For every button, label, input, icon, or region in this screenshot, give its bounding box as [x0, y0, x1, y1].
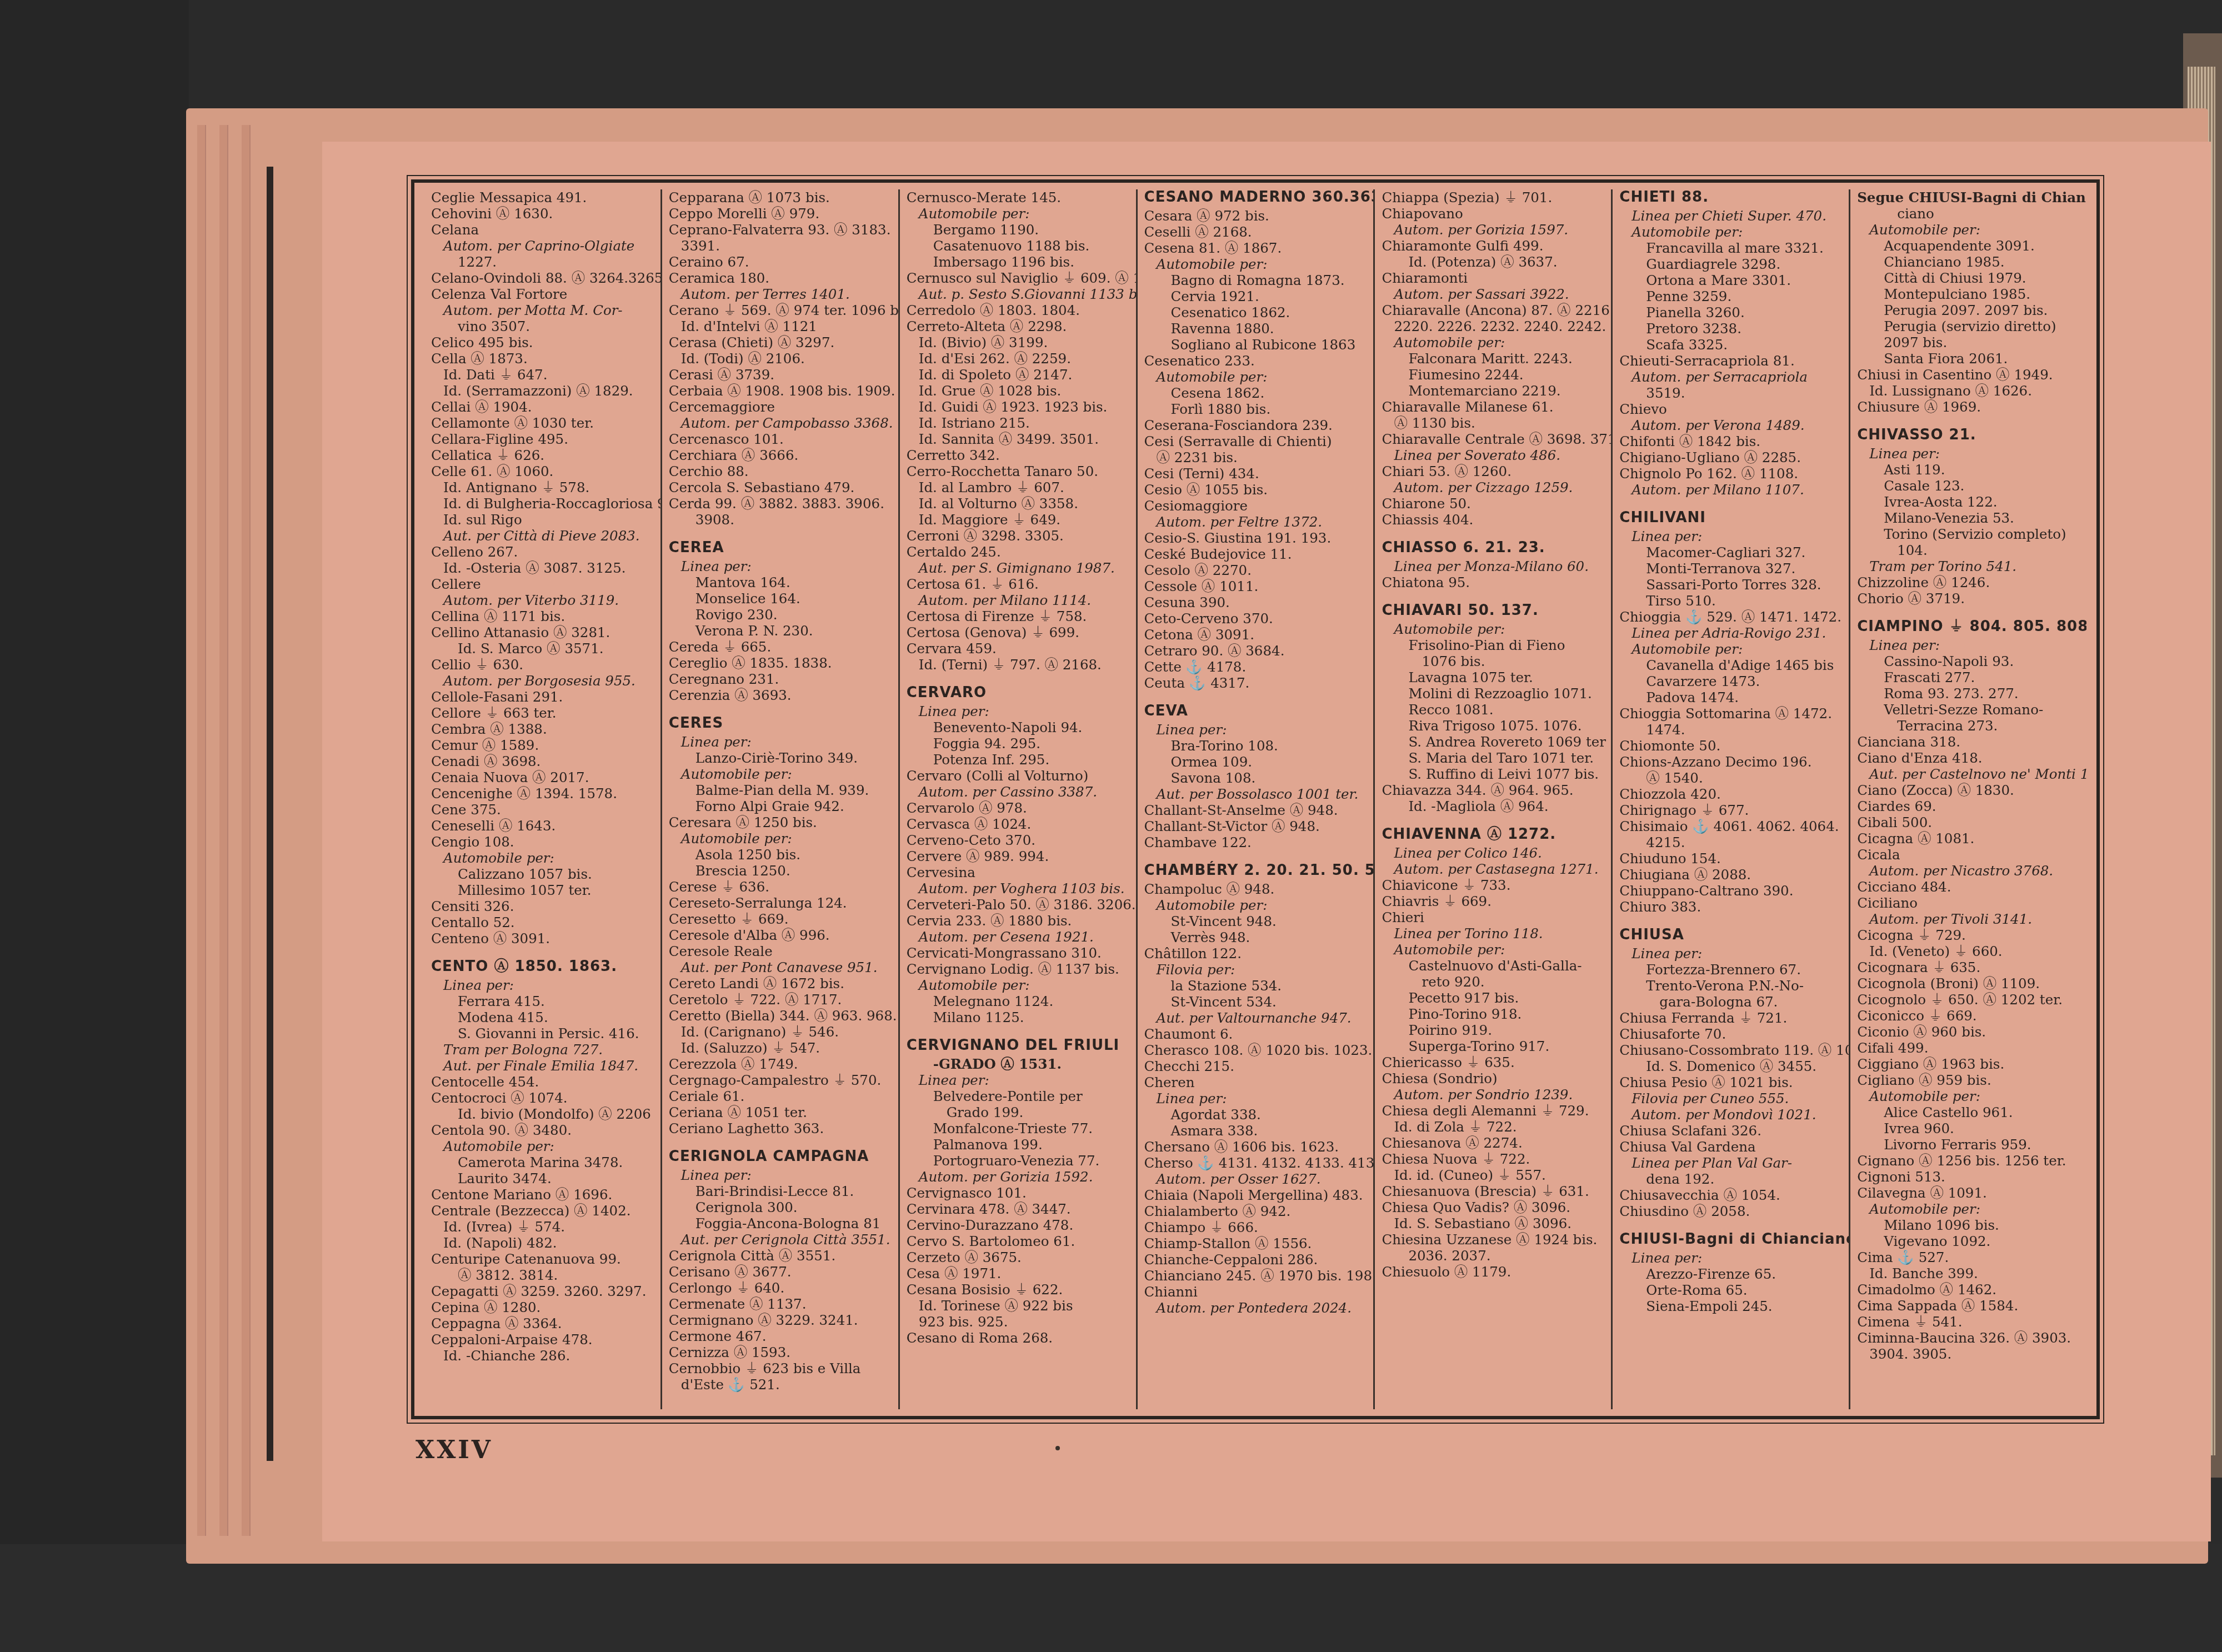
connection-line: S. Maria del Taro 1071 ter.: [1382, 750, 1607, 766]
connection-line: Autom. per Milano 1114.: [907, 592, 1132, 608]
station-entry: Cerchiara Ⓐ 3666.: [669, 447, 894, 463]
connection-line: Cerignola 300.: [669, 1199, 894, 1215]
connection-line: S. Giovanni in Persic. 416.: [431, 1025, 656, 1042]
station-entry: Cette ⚓ 4178.: [1144, 659, 1369, 675]
connection-line: Bagno di Romagna 1873.: [1144, 272, 1369, 288]
station-entry: Chambave 122.: [1144, 834, 1369, 850]
station-entry: Chieuti-Serracapriola 81.: [1619, 353, 1844, 369]
connection-line: Ⓐ 1130 bis.: [1382, 415, 1607, 431]
index-column-1: Ceglie Messapica 491.Cehovini Ⓐ 1630.Cel…: [424, 189, 662, 1409]
connection-line: Penne 3259.: [1619, 288, 1844, 304]
connection-line: Modena 415.: [431, 1009, 656, 1025]
station-entry: Ceprano-Falvaterra 93. Ⓐ 3183.: [669, 222, 894, 238]
station-entry: Cibali 500.: [1857, 814, 2082, 830]
station-heading: CERVARO: [907, 685, 1132, 701]
connection-line: Id. Lussignano Ⓐ 1626.: [1857, 383, 2082, 399]
station-entry: Cicciano 484.: [1857, 879, 2082, 895]
connection-line: Id. (Saluzzo) ⏚ 547.: [669, 1040, 894, 1056]
station-entry: Centocelle 454.: [431, 1074, 656, 1090]
connection-line: 1076 bis.: [1382, 653, 1607, 669]
connection-line: Poirino 919.: [1382, 1022, 1607, 1038]
station-entry: Celenza Val Fortore: [431, 286, 656, 302]
station-entry: Chiaravalle (Ancona) 87. Ⓐ 2216: [1382, 302, 1607, 318]
connection-line: Linea per:: [1619, 945, 1844, 962]
connection-line: Benevento-Napoli 94.: [907, 719, 1132, 735]
station-entry: Chiesanova Ⓐ 2274.: [1382, 1135, 1607, 1151]
connection-line: Ivrea-Aosta 122.: [1857, 494, 2082, 510]
station-entry: Cherasco 108. Ⓐ 1020 bis. 1023.: [1144, 1042, 1369, 1058]
station-entry: Cerano ⏚ 569. Ⓐ 974 ter. 1096 bis.: [669, 302, 894, 318]
connection-line: Autom. per Serracapriola: [1619, 369, 1844, 385]
station-entry: Chiarone 50.: [1382, 495, 1607, 512]
connection-line: Automobile per:: [669, 766, 894, 782]
station-entry: Ceské Budejovice 11.: [1144, 546, 1369, 562]
station-entry: Cesana Bosisio ⏚ 622.: [907, 1281, 1132, 1298]
connection-line: Cassino-Napoli 93.: [1857, 653, 2082, 669]
connection-line: Id. (Ivrea) ⏚ 574.: [431, 1219, 656, 1235]
connection-line: Milano 1096 bis.: [1857, 1217, 2082, 1233]
station-entry: Cehovini Ⓐ 1630.: [431, 206, 656, 222]
station-entry: Cellere: [431, 576, 656, 592]
connection-line: Aut. p. Sesto S.Giovanni 1133 bis: [907, 286, 1132, 302]
station-entry: Chiusure Ⓐ 1969.: [1857, 399, 2082, 415]
connection-line: 2097 bis.: [1857, 334, 2082, 351]
connection-line: Id. Grue Ⓐ 1028 bis.: [907, 383, 1132, 399]
connection-line: Mantova 164.: [669, 574, 894, 590]
connection-line: Autom. per Caprino-Olgiate: [431, 238, 656, 254]
station-entry: Cervinara 478. Ⓐ 3447.: [907, 1201, 1132, 1217]
station-entry: Cimadolmo Ⓐ 1462.: [1857, 1281, 2082, 1298]
connection-line: Pianella 3260.: [1619, 304, 1844, 321]
station-entry: Cellai Ⓐ 1904.: [431, 399, 656, 415]
station-entry: Cereto Landi Ⓐ 1672 bis.: [669, 975, 894, 992]
station-entry: Cereda ⏚ 665.: [669, 639, 894, 655]
connection-line: Sogliano al Rubicone 1863: [1144, 337, 1369, 353]
station-entry: Cergnago-Campalestro ⏚ 570.: [669, 1072, 894, 1088]
station-entry: Centrale (Bezzecca) Ⓐ 1402.: [431, 1203, 656, 1219]
connection-line: Fiumesino 2244.: [1382, 367, 1607, 383]
connection-line: Asti 119.: [1857, 462, 2082, 478]
connection-line: Id. Maggiore ⏚ 649.: [907, 512, 1132, 528]
connection-line: Linea per:: [1144, 1090, 1369, 1107]
station-entry: Cerezzola Ⓐ 1749.: [669, 1056, 894, 1072]
connection-line: Id. S. Marco Ⓐ 3571.: [431, 640, 656, 657]
connection-line: d'Este ⚓ 521.: [669, 1376, 894, 1393]
connection-line: Linea per:: [1857, 445, 2082, 462]
index-column-6: CHIETI 88.Linea per Chieti Super. 470.Au…: [1613, 189, 1850, 1409]
connection-line: Bergamo 1190.: [907, 222, 1132, 238]
station-entry: Cerroni Ⓐ 3298. 3305.: [907, 528, 1132, 544]
connection-line: -GRADO Ⓐ 1531.: [907, 1056, 1132, 1072]
connection-line: Ivrea 960.: [1857, 1120, 2082, 1137]
station-entry: Cervignano Lodig. Ⓐ 1137 bis.: [907, 961, 1132, 977]
station-entry: Chiusdino Ⓐ 2058.: [1619, 1203, 1844, 1219]
station-entry: Cerchio 88.: [669, 463, 894, 479]
connection-line: Potenza Inf. 295.: [907, 752, 1132, 768]
station-entry: Chiampo ⏚ 666.: [1144, 1219, 1369, 1235]
station-entry: Cerveteri-Palo 50. Ⓐ 3186. 3206.: [907, 897, 1132, 913]
connection-line: Monselice 164.: [669, 590, 894, 607]
station-entry: Cellore ⏚ 663 ter.: [431, 705, 656, 721]
station-entry: Cesenatico 233.: [1144, 353, 1369, 369]
connection-line: Verrès 948.: [1144, 929, 1369, 945]
connection-line: Melegnano 1124.: [907, 993, 1132, 1009]
connection-line: S. Ruffino di Leivi 1077 bis.: [1382, 766, 1607, 782]
station-entry: Cesio Ⓐ 1055 bis.: [1144, 482, 1369, 498]
station-entry: Cernobbio ⏚ 623 bis e Villa: [669, 1360, 894, 1376]
index-column-4: CESANO MADERNO 360.363Cesara Ⓐ 972 bis.C…: [1138, 189, 1375, 1409]
connection-line: Id. S. Sebastiano Ⓐ 3096.: [1382, 1215, 1607, 1232]
connection-line: Autom. per Milano 1107.: [1619, 482, 1844, 498]
station-entry: Ceraino 67.: [669, 254, 894, 270]
connection-line: Velletri-Sezze Romano-: [1857, 702, 2082, 718]
connection-line: Linea per Colico 146.: [1382, 845, 1607, 861]
connection-line: Linea per:: [669, 1167, 894, 1183]
connection-line: Perugia 2097. 2097 bis.: [1857, 302, 2082, 318]
connection-line: Cesenatico 1862.: [1144, 304, 1369, 321]
connection-line: Belvedere-Pontile per: [907, 1088, 1132, 1104]
station-entry: Cermenate Ⓐ 1137.: [669, 1296, 894, 1312]
station-heading: CHIAVARI 50. 137.: [1382, 603, 1607, 619]
connection-line: Id. Banche 399.: [1857, 1265, 2082, 1281]
index-columns: Ceglie Messapica 491.Cehovini Ⓐ 1630.Cel…: [424, 189, 2086, 1409]
connection-line: vino 3507.: [431, 318, 656, 334]
connection-line: Id. (Napoli) 482.: [431, 1235, 656, 1251]
station-entry: Cesano di Roma 268.: [907, 1330, 1132, 1346]
station-entry: Ceriano Laghetto 363.: [669, 1120, 894, 1137]
connection-line: Linea per Soverato 486.: [1382, 447, 1607, 463]
station-heading: CHIASSO 6. 21. 23.: [1382, 540, 1607, 556]
connection-line: Autom. per Motta M. Cor-: [431, 302, 656, 318]
station-entry: Cetraro 90. Ⓐ 3684.: [1144, 643, 1369, 659]
connection-line: Vigevano 1092.: [1857, 1233, 2082, 1249]
station-heading: CHIUSA: [1619, 927, 1844, 943]
station-entry: Chiamp-Stallon Ⓐ 1556.: [1144, 1235, 1369, 1251]
connection-line: Id. al Lambro ⏚ 607.: [907, 479, 1132, 495]
station-entry: Cereseto-Serralunga 124.: [669, 895, 894, 911]
station-heading: CERIGNOLA CAMPAGNA: [669, 1149, 894, 1165]
station-heading: CHIAVENNA Ⓐ 1272.: [1382, 827, 1607, 843]
connection-line: Roma 93. 273. 277.: [1857, 685, 2082, 702]
connection-line: 3908.: [669, 512, 894, 528]
station-entry: Ceresole Reale: [669, 943, 894, 959]
station-entry: Cervara 459.: [907, 640, 1132, 657]
connection-line: Ⓐ 3812. 3814.: [431, 1267, 656, 1283]
station-entry: Cesi (Serravalle di Chienti): [1144, 433, 1369, 449]
station-entry: Chiusi in Casentino Ⓐ 1949.: [1857, 367, 2082, 383]
station-entry: Cellole-Fasani 291.: [431, 689, 656, 705]
station-entry: Cetona Ⓐ 3091.: [1144, 627, 1369, 643]
connection-line: Aut. per Valtournanche 947.: [1144, 1010, 1369, 1026]
station-entry: Cervino-Durazzano 478.: [907, 1217, 1132, 1233]
connection-line: Santa Fiora 2061.: [1857, 351, 2082, 367]
station-entry: Chioggia Sottomarina Ⓐ 1472.: [1619, 705, 1844, 722]
station-entry: Cherso ⚓ 4131. 4132. 4133. 4136.: [1144, 1155, 1369, 1171]
connection-line: Id. di Zola ⏚ 722.: [1382, 1119, 1607, 1135]
station-entry: Cella Ⓐ 1873.: [431, 351, 656, 367]
connection-line: Castelnuovo d'Asti-Galla-: [1382, 958, 1607, 974]
connection-line: Trento-Verona P.N.-No-: [1619, 978, 1844, 994]
station-entry: Ceregnano 231.: [669, 671, 894, 687]
connection-line: Linea per Plan Val Gar-: [1619, 1155, 1844, 1171]
connection-line: ciano: [1857, 206, 2082, 222]
connection-line: Id. Sannita Ⓐ 3499. 3501.: [907, 431, 1132, 447]
station-entry: Ceglie Messapica 491.: [431, 189, 656, 206]
station-entry: Ceriale 61.: [669, 1088, 894, 1104]
connection-line: Ferrara 415.: [431, 993, 656, 1009]
connection-line: Pecetto 917 bis.: [1382, 990, 1607, 1006]
connection-line: Linea per:: [1857, 637, 2082, 653]
station-entry: Cepagatti Ⓐ 3259. 3260. 3297.: [431, 1283, 656, 1299]
station-entry: Cimena ⏚ 541.: [1857, 1314, 2082, 1330]
connection-line: Autom. per Pontedera 2024.: [1144, 1300, 1369, 1316]
connection-line: Autom. per Nicastro 3768.: [1857, 863, 2082, 879]
station-entry: Chiapovano: [1382, 206, 1607, 222]
station-entry: Cesara Ⓐ 972 bis.: [1144, 208, 1369, 224]
connection-line: 1227.: [431, 254, 656, 270]
station-entry: Centone Mariano Ⓐ 1696.: [431, 1187, 656, 1203]
connection-line: Id. -Osteria Ⓐ 3087. 3125.: [431, 560, 656, 576]
station-entry: Chiozzola 420.: [1619, 786, 1844, 802]
connection-line: Orte-Roma 65.: [1619, 1282, 1844, 1298]
station-entry: Ceselli Ⓐ 2168.: [1144, 224, 1369, 240]
station-heading: CERVIGNANO DEL FRIULI: [907, 1038, 1132, 1054]
connection-line: Linea per:: [1619, 528, 1844, 544]
connection-line: Automobile per:: [907, 977, 1132, 993]
station-entry: Cicognolo ⏚ 650. Ⓐ 1202 ter.: [1857, 992, 2082, 1008]
connection-line: Id. -Chianche 286.: [431, 1348, 656, 1364]
connection-line: Balme-Pian della M. 939.: [669, 782, 894, 798]
station-entry: Cermignano Ⓐ 3229. 3241.: [669, 1312, 894, 1328]
station-entry: Cesio-S. Giustina 191. 193.: [1144, 530, 1369, 546]
station-entry: Cercemaggiore: [669, 399, 894, 415]
connection-line: Forno Alpi Graie 942.: [669, 798, 894, 814]
connection-line: Calizzano 1057 bis.: [431, 866, 656, 882]
connection-line: Autom. per Castasegna 1271.: [1382, 861, 1607, 877]
station-entry: Celle 61. Ⓐ 1060.: [431, 463, 656, 479]
connection-line: 3904. 3905.: [1857, 1346, 2082, 1362]
station-entry: Chialamberto Ⓐ 942.: [1144, 1203, 1369, 1219]
connection-line: Automobile per:: [1144, 369, 1369, 385]
connection-line: Ortona a Mare 3301.: [1619, 272, 1844, 288]
connection-line: Automobile per:: [1857, 1201, 2082, 1217]
station-entry: Chiesa Quo Vadis? Ⓐ 3096.: [1382, 1199, 1607, 1215]
station-entry: Ceppo Morelli Ⓐ 979.: [669, 206, 894, 222]
station-heading: CHAMBÉRY 2. 20. 21. 50. 59.: [1144, 863, 1369, 879]
station-entry: Cenadi Ⓐ 3698.: [431, 753, 656, 769]
connection-line: Id. Dati ⏚ 647.: [431, 367, 656, 383]
connection-line: Aut. per Castelnovo ne' Monti 1749.: [1857, 766, 2082, 782]
ink-dot: [1055, 1446, 1060, 1450]
background-top: [0, 0, 2222, 122]
connection-line: Automobile per:: [1857, 222, 2082, 238]
station-entry: Cervasca Ⓐ 1024.: [907, 816, 1132, 832]
connection-line: Casale 123.: [1857, 478, 2082, 494]
station-entry: Celico 495 bis.: [431, 334, 656, 351]
station-entry: Cenaia Nuova Ⓐ 2017.: [431, 769, 656, 785]
index-column-2: Cepparana Ⓐ 1073 bis.Ceppo Morelli Ⓐ 979…: [662, 189, 900, 1409]
connection-line: Arezzo-Firenze 65.: [1619, 1266, 1844, 1282]
page-edge: [219, 125, 228, 1536]
connection-line: Sassari-Porto Torres 328.: [1619, 577, 1844, 593]
connection-line: Imbersago 1196 bis.: [907, 254, 1132, 270]
connection-line: Autom. per Gorizia 1592.: [907, 1169, 1132, 1185]
station-entry: Centola 90. Ⓐ 3480.: [431, 1122, 656, 1138]
connection-line: Alice Castello 961.: [1857, 1104, 2082, 1120]
station-entry: Cerlongo ⏚ 640.: [669, 1280, 894, 1296]
connection-line: Livorno Ferraris 959.: [1857, 1137, 2082, 1153]
connection-line: Automobile per:: [431, 850, 656, 866]
connection-line: Filovia per Cuneo 555.: [1619, 1090, 1844, 1107]
station-entry: Chiericasso ⏚ 635.: [1382, 1054, 1607, 1070]
station-heading: CIAMPINO ⏚ 804. 805. 808.: [1857, 619, 2082, 635]
station-entry: Centocroci Ⓐ 1074.: [431, 1090, 656, 1106]
station-entry: Chiaramonti: [1382, 270, 1607, 286]
page-number: XXIV: [416, 1436, 493, 1464]
station-entry: Chiari 53. Ⓐ 1260.: [1382, 463, 1607, 479]
connection-line: Ormea 109.: [1144, 754, 1369, 770]
station-entry: Cerredolo Ⓐ 1803. 1804.: [907, 302, 1132, 318]
station-entry: Ciminna-Baucina 326. Ⓐ 3903.: [1857, 1330, 2082, 1346]
station-entry: Cesiomaggiore: [1144, 498, 1369, 514]
station-entry: Cerasa (Chieti) Ⓐ 3297.: [669, 334, 894, 351]
connection-line: Aut. per Pont Canavese 951.: [669, 959, 894, 975]
station-heading: CHIETI 88.: [1619, 189, 1844, 206]
connection-line: Linea per Torino 118.: [1382, 925, 1607, 942]
connection-line: Savona 108.: [1144, 770, 1369, 786]
station-entry: Ciano (Zocca) Ⓐ 1830.: [1857, 782, 2082, 798]
index-column-7: Segue CHIUSI-Bagni di Chian-cianoAutomob…: [1850, 189, 2086, 1409]
station-entry: Ceretolo ⏚ 722. Ⓐ 1717.: [669, 992, 894, 1008]
connection-line: Scafa 3325.: [1619, 337, 1844, 353]
page-frame: Ceglie Messapica 491.Cehovini Ⓐ 1630.Cel…: [411, 179, 2100, 1419]
station-entry: Cellino Attanasio Ⓐ 3281.: [431, 624, 656, 640]
connection-line: Brescia 1250.: [669, 863, 894, 879]
station-entry: Chifonti Ⓐ 1842 bis.: [1619, 433, 1844, 449]
station-entry: Chaumont 6.: [1144, 1026, 1369, 1042]
connection-line: gara-Bologna 67.: [1619, 994, 1844, 1010]
connection-line: Id. d'Intelvi Ⓐ 1121: [669, 318, 894, 334]
station-entry: Cerzeto Ⓐ 3675.: [907, 1249, 1132, 1265]
station-entry: Cellio ⏚ 630.: [431, 657, 656, 673]
connection-line: 3391.: [669, 238, 894, 254]
station-entry: Cignoni 513.: [1857, 1169, 2082, 1185]
connection-line: Filovia per:: [1144, 962, 1369, 978]
station-entry: Cellina Ⓐ 1171 bis.: [431, 608, 656, 624]
page-edge: [197, 125, 206, 1536]
connection-line: Cervia 1921.: [1144, 288, 1369, 304]
connection-line: Aut. per Finale Emilia 1847.: [431, 1058, 656, 1074]
station-entry: Ceto-Cerveno 370.: [1144, 610, 1369, 627]
station-entry: Cicognola (Broni) Ⓐ 1109.: [1857, 975, 2082, 992]
station-entry: Cesuna 390.: [1144, 594, 1369, 610]
station-entry: Chianni: [1144, 1284, 1369, 1300]
connection-line: 3519.: [1619, 385, 1844, 401]
station-entry: Celleno 267.: [431, 544, 656, 560]
station-entry: Checchi 215.: [1144, 1058, 1369, 1074]
connection-line: Portogruaro-Venezia 77.: [907, 1153, 1132, 1169]
station-entry: Chiusa Ferranda ⏚ 721.: [1619, 1010, 1844, 1026]
connection-line: Linea per Chieti Super. 470.: [1619, 208, 1844, 224]
station-entry: Cesena 81. Ⓐ 1867.: [1144, 240, 1369, 256]
station-entry: Challant-St-Victor Ⓐ 948.: [1144, 818, 1369, 834]
connection-line: Autom. per Sondrio 1239.: [1382, 1087, 1607, 1103]
connection-line: Id. sul Rigo: [431, 512, 656, 528]
connection-line: Autom. per Voghera 1103 bis.: [907, 880, 1132, 897]
station-entry: Cencenighe Ⓐ 1394. 1578.: [431, 785, 656, 802]
station-entry: Chiaramonte Gulfi 499.: [1382, 238, 1607, 254]
connection-line: Montepulciano 1985.: [1857, 286, 2082, 302]
connection-line: Verona P. N. 230.: [669, 623, 894, 639]
station-entry: Chiesina Uzzanese Ⓐ 1924 bis.: [1382, 1232, 1607, 1248]
connection-line: Fortezza-Brennero 67.: [1619, 962, 1844, 978]
station-entry: Cervaro (Colli al Volturno): [907, 768, 1132, 784]
station-entry: Cicagna Ⓐ 1081.: [1857, 830, 2082, 847]
station-entry: Champoluc Ⓐ 948.: [1144, 881, 1369, 897]
binding-rule: [267, 167, 273, 1461]
connection-line: Francavilla al mare 3321.: [1619, 240, 1844, 256]
connection-line: Riva Trigoso 1075. 1076.: [1382, 718, 1607, 734]
station-entry: Chiusa Val Gardena: [1619, 1139, 1844, 1155]
station-entry: Cernizza Ⓐ 1593.: [669, 1344, 894, 1360]
station-entry: Censiti 326.: [431, 898, 656, 914]
index-column-5: Chiappa (Spezia) ⏚ 701.ChiapovanoAutom. …: [1375, 189, 1613, 1409]
station-entry: Cermone 467.: [669, 1328, 894, 1344]
connection-line: 2036. 2037.: [1382, 1248, 1607, 1264]
station-entry: Segue CHIUSI-Bagni di Chian-: [1857, 189, 2082, 206]
connection-line: 4215.: [1619, 834, 1844, 850]
station-entry: Cheren: [1144, 1074, 1369, 1090]
station-entry: Cereglio Ⓐ 1835. 1838.: [669, 655, 894, 671]
connection-line: Monfalcone-Trieste 77.: [907, 1120, 1132, 1137]
station-entry: Cernusco sul Naviglio ⏚ 609. Ⓐ 1122: [907, 270, 1132, 286]
connection-line: 2220. 2226. 2232. 2240. 2242. 2271: [1382, 318, 1607, 334]
connection-line: Id. Istriano 215.: [907, 415, 1132, 431]
connection-line: dena 192.: [1619, 1171, 1844, 1187]
station-entry: Ceppaloni-Arpaise 478.: [431, 1331, 656, 1348]
connection-line: Cavarzere 1473.: [1619, 673, 1844, 689]
station-entry: Ciggiano Ⓐ 1963 bis.: [1857, 1056, 2082, 1072]
station-entry: Cicognara ⏚ 635.: [1857, 959, 2082, 975]
station-entry: Chiusaforte 70.: [1619, 1026, 1844, 1042]
connection-line: Città di Chiusi 1979.: [1857, 270, 2082, 286]
station-entry: Ceresole d'Alba Ⓐ 996.: [669, 927, 894, 943]
station-entry: Cernusco-Merate 145.: [907, 189, 1132, 206]
station-heading: CERES: [669, 715, 894, 732]
connection-line: Autom. per Feltre 1372.: [1144, 514, 1369, 530]
connection-line: Milano-Venezia 53.: [1857, 510, 2082, 526]
connection-line: Autom. per Viterbo 3119.: [431, 592, 656, 608]
station-entry: Cesi (Terni) 434.: [1144, 465, 1369, 482]
connection-line: Tirso 510.: [1619, 593, 1844, 609]
connection-line: Linea per:: [1144, 722, 1369, 738]
connection-line: Terracina 273.: [1857, 718, 2082, 734]
connection-line: Automobile per:: [669, 830, 894, 847]
index-column-3: Cernusco-Merate 145.Automobile per:Berga…: [900, 189, 1138, 1409]
connection-line: Id. di Spoleto Ⓐ 2147.: [907, 367, 1132, 383]
station-entry: Celana: [431, 222, 656, 238]
station-entry: Chorio Ⓐ 3719.: [1857, 590, 2082, 607]
station-entry: Chirignago ⏚ 677.: [1619, 802, 1844, 818]
station-entry: Centallo 52.: [431, 914, 656, 930]
station-entry: Cervarolo Ⓐ 978.: [907, 800, 1132, 816]
station-entry: Chioggia ⚓ 529. Ⓐ 1471. 1472.: [1619, 609, 1844, 625]
connection-line: Automobile per:: [1144, 897, 1369, 913]
connection-line: Linea per:: [669, 558, 894, 574]
connection-line: Acquapendente 3091.: [1857, 238, 2082, 254]
station-entry: Chiusa Pesio Ⓐ 1021 bis.: [1619, 1074, 1844, 1090]
station-entry: Cellatica ⏚ 626.: [431, 447, 656, 463]
